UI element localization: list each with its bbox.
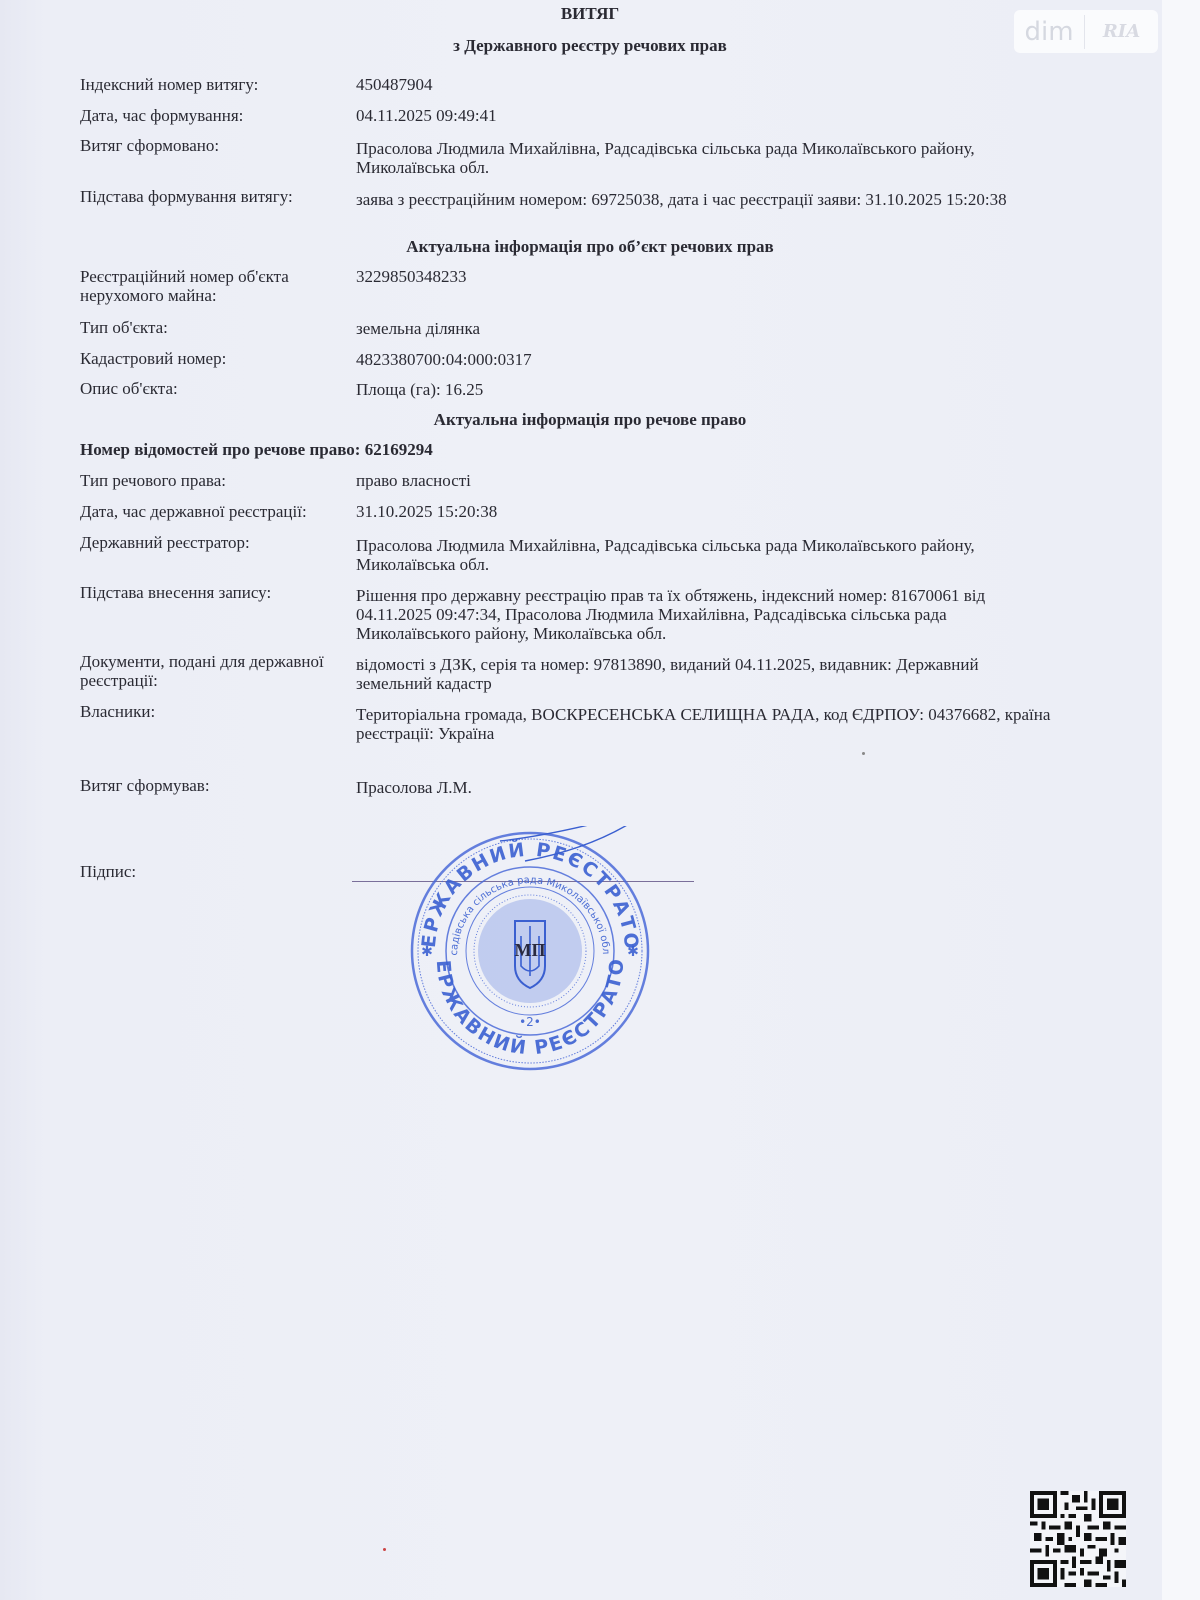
label-entry-basis: Підстава внесення запису: [80,583,271,602]
document-subtitle: з Державного реєстру речових прав [0,36,1180,55]
ink-speck [383,1548,386,1551]
label-formed-by-footer: Витяг сформував: [80,776,210,795]
label-registration-date: Дата, час державної реєстрації: [80,502,307,521]
right-record-number: Номер відомостей про речове право: 62169… [80,440,433,459]
label-formation-basis: Підстава формування витягу: [80,187,293,206]
label-state-registrar: Державний реєстратор: [80,533,250,552]
value-owners: Територіальна громада, ВОСКРЕСЕНСЬКА СЕЛ… [356,705,1056,743]
value-right-type: право власності [356,471,1056,490]
value-formed-by-footer: Прасолова Л.М. [356,778,1056,797]
label-formation-date: Дата, час формування: [80,106,243,125]
label-submitted-documents: Документи, подані для державної реєстрац… [80,652,330,690]
dust-speck [862,752,865,755]
label-index-number: Індексний номер витягу: [80,75,258,94]
svg-text:✱: ✱ [421,944,433,960]
svg-text:•2•: •2• [519,1015,541,1029]
label-right-type: Тип речового права: [80,471,226,490]
value-registration-date: 31.10.2025 15:20:38 [356,502,1056,521]
label-object-description: Опис об'єкта: [80,379,178,398]
value-state-registrar: Прасолова Людмила Михайлівна, Радсадівсь… [356,536,1056,574]
value-object-description: Площа (га): 16.25 [356,380,1056,399]
mp-mark: МП [515,940,546,960]
value-registration-number: 3229850348233 [356,267,1056,286]
value-object-type: земельна ділянка [356,319,1056,338]
document-title: ВИТЯГ [0,4,1180,23]
label-owners: Власники: [80,702,155,721]
value-formation-basis: заява з реєстраційним номером: 69725038,… [356,190,1056,209]
label-formed-by: Витяг сформовано: [80,136,219,155]
value-formation-date: 04.11.2025 09:49:41 [356,106,1056,125]
value-formed-by: Прасолова Людмила Михайлівна, Радсадівсь… [356,139,1056,177]
right-section-heading: Актуальна інформація про речове право [0,410,1180,429]
label-cadastral-number: Кадастровий номер: [80,349,226,368]
label-signature: Підпис: [80,862,136,881]
official-seal-stamp: ДЕРЖАВНИЙ РЕЄСТРАТОР ДЕРЖАВНИЙ РЕЄСТРАТО… [405,826,655,1076]
label-object-type: Тип об'єкта: [80,318,168,337]
value-submitted-documents: відомості з ДЗК, серія та номер: 9781389… [356,655,1056,693]
qr-code [1030,1490,1126,1588]
object-section-heading: Актуальна інформація про об’єкт речових … [0,237,1180,256]
svg-text:✱: ✱ [627,944,639,960]
label-registration-number: Реєстраційний номер об'єкта нерухомого м… [80,267,330,305]
value-index-number: 450487904 [356,75,1056,94]
value-entry-basis: Рішення про державну реєстрацію прав та … [356,586,1056,643]
value-cadastral-number: 4823380700:04:000:0317 [356,350,1056,369]
